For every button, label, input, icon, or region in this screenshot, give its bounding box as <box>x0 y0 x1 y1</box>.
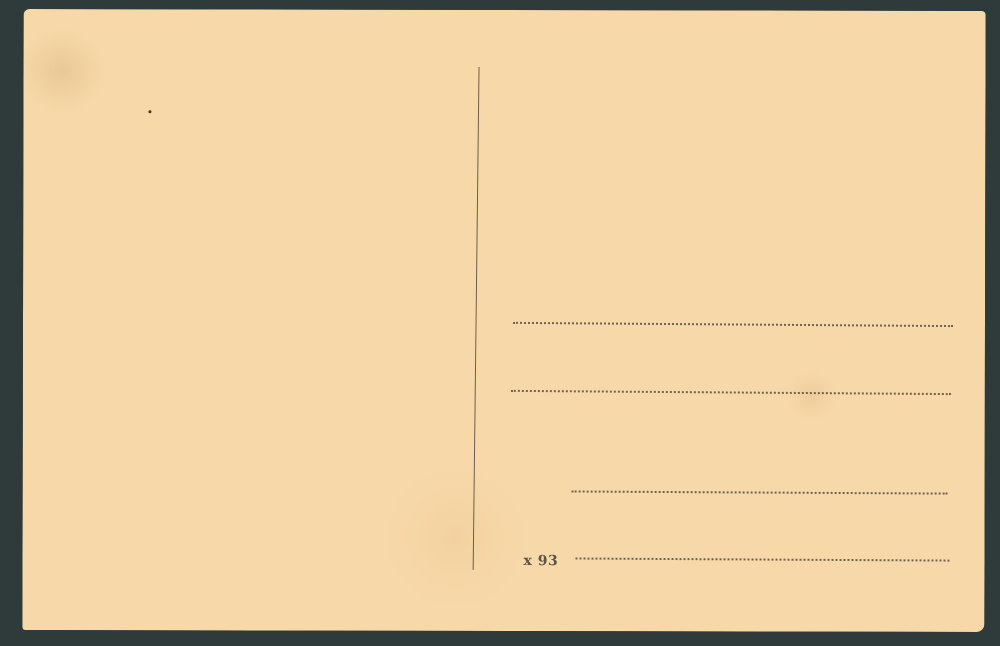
ink-speck <box>148 110 151 113</box>
address-line-4 <box>575 557 949 561</box>
print-code: x 93 <box>523 553 558 569</box>
address-line-2 <box>511 390 951 395</box>
address-line-3 <box>572 490 948 494</box>
address-line-1 <box>513 322 953 327</box>
center-divider-line <box>473 67 480 570</box>
postcard-back: x 93 <box>22 9 985 632</box>
